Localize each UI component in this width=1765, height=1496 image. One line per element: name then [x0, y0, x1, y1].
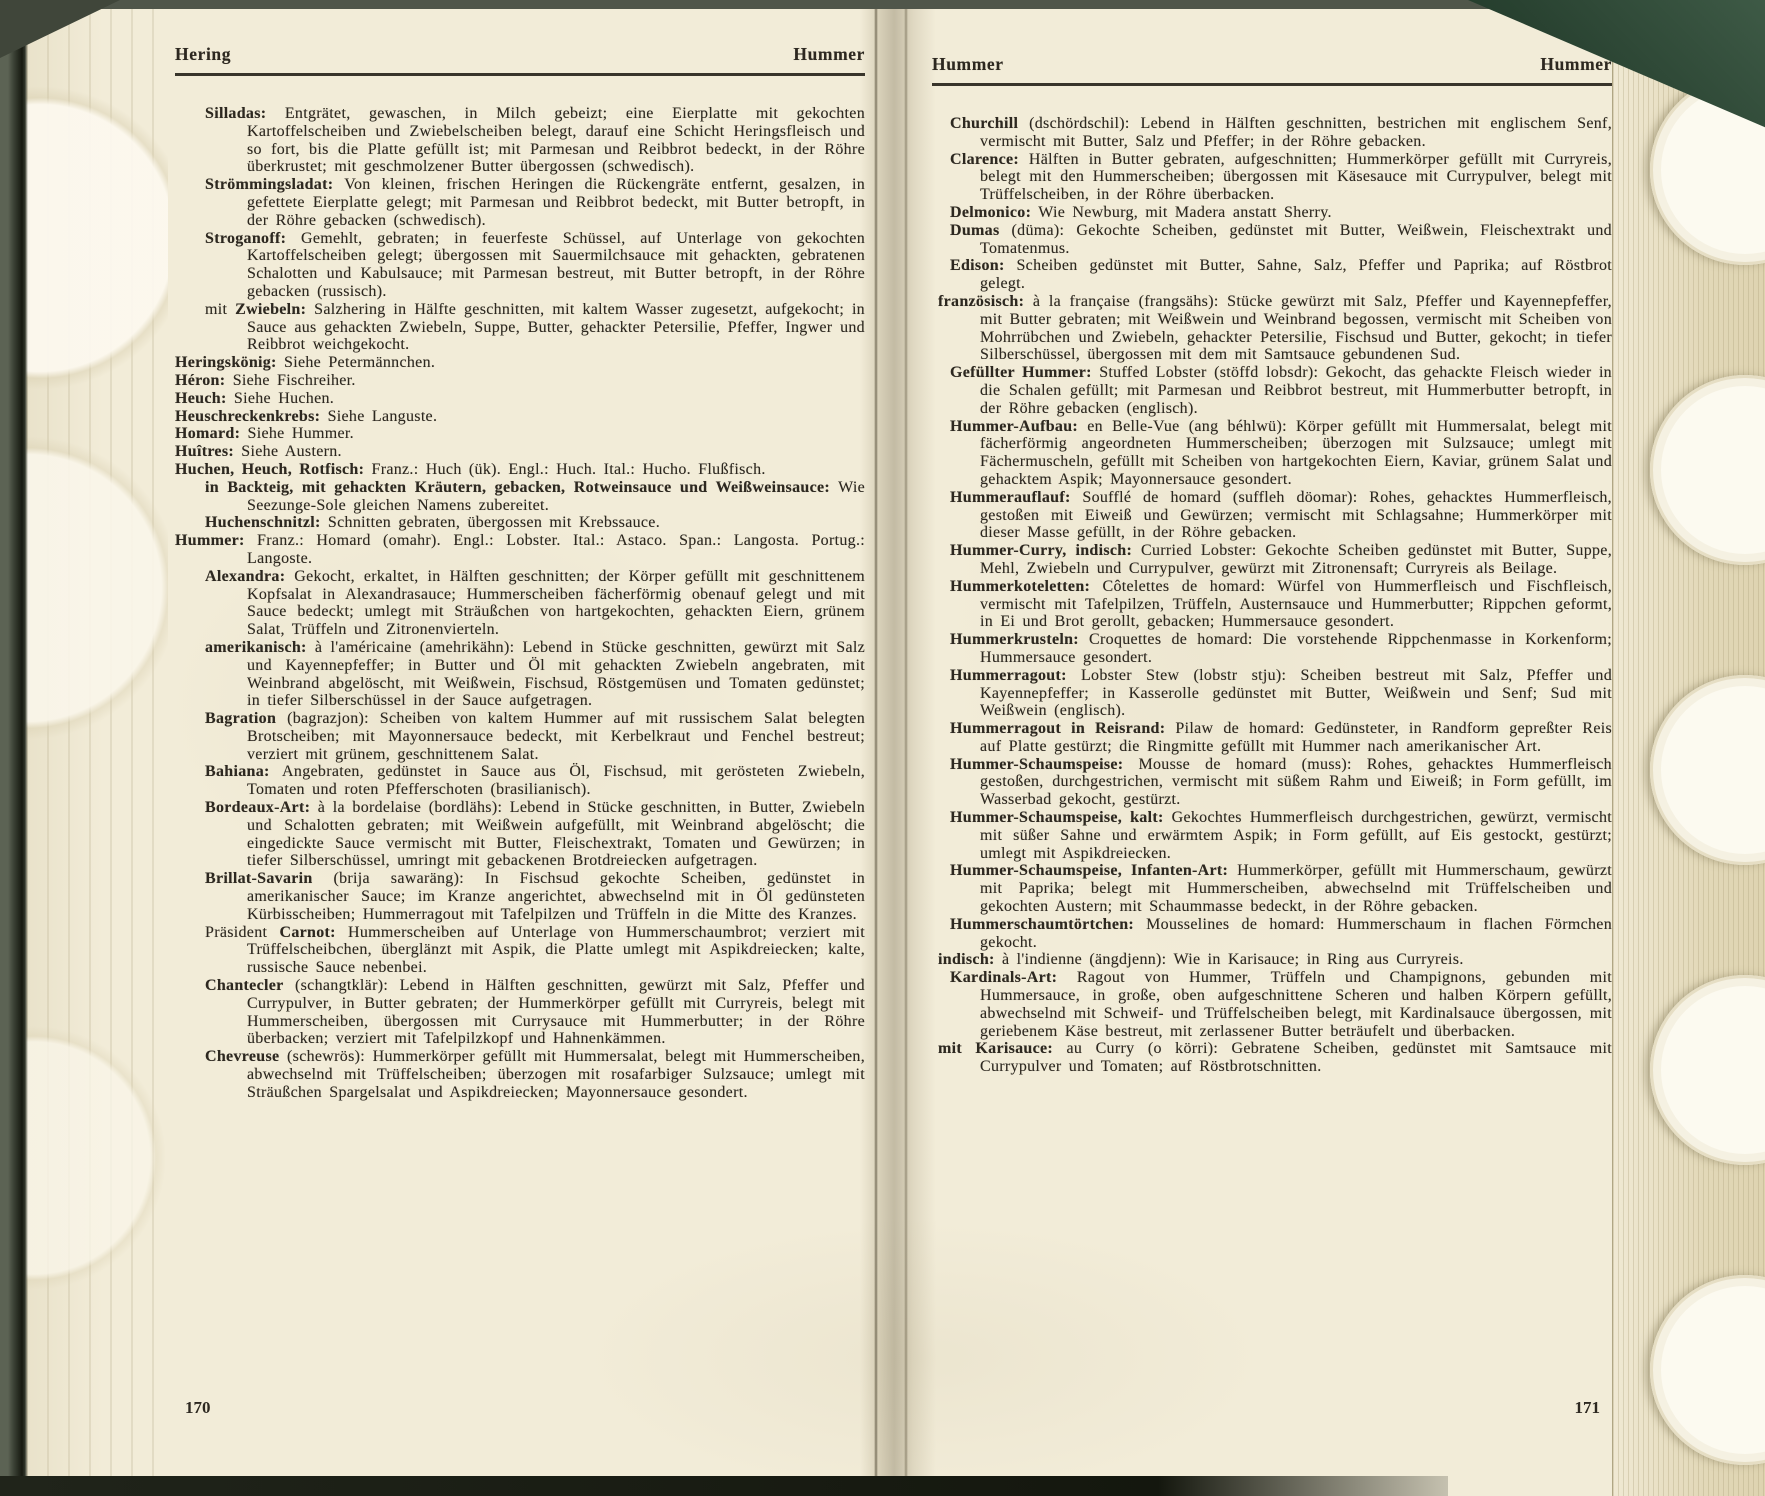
running-head-right: Hummer — [793, 44, 865, 64]
entry-term: Hummer-Schaumspeise: — [950, 756, 1123, 773]
entry-term: Kardinals-Art: — [950, 969, 1057, 986]
entry-pre-text: mit — [205, 301, 235, 318]
entry-term: Hummerkrusteln: — [950, 631, 1079, 648]
dictionary-entry: Hummerragout in Reisrand: Pilaw de homar… — [932, 720, 1612, 756]
entry-term: Heuschreckenkrebs: — [175, 408, 320, 425]
dictionary-entry: Silladas: Entgrätet, gewaschen, in Milch… — [175, 105, 865, 176]
entry-text: Siehe Petermännchen. — [277, 354, 435, 371]
entry-term: Hummer-Schaumspeise, kalt: — [950, 809, 1164, 826]
entry-term: Gefüllter Hummer: — [950, 364, 1092, 381]
scan-bottom-bar — [0, 1476, 1448, 1496]
entry-text: (bagrazjon): Scheiben von kaltem Hummer … — [247, 710, 865, 763]
entry-text: à la française (frangsähs): Stücke gewür… — [980, 293, 1612, 363]
dictionary-entry: Hummer-Aufbau: en Belle-Vue (ang béhlwü)… — [932, 418, 1612, 489]
dictionary-entry: Edison: Scheiben gedünstet mit Butter, S… — [932, 257, 1612, 293]
entry-term: Heringskönig: — [175, 354, 277, 371]
dictionary-entry: Hummer: Franz.: Homard (omahr). Engl.: L… — [175, 532, 865, 568]
entry-term: französisch: — [938, 293, 1024, 310]
entry-text: Gekocht, erkaltet, in Hälften geschnitte… — [247, 568, 865, 638]
entry-term: Zwiebeln: — [235, 301, 306, 318]
entry-text: Siehe Austern. — [234, 443, 342, 460]
dictionary-entry: Hummerkrusteln: Croquettes de homard: Di… — [932, 631, 1612, 667]
dictionary-entry: Präsident Carnot: Hummerscheiben auf Unt… — [175, 924, 865, 977]
dictionary-entry: mit Karisauce: au Curry (o körri): Gebra… — [932, 1040, 1612, 1076]
entry-text: Soufflé de homard (suffleh döomar): Rohe… — [980, 489, 1612, 542]
entry-term: Dumas — [950, 222, 1000, 239]
running-head-left: Hummer — [932, 54, 1004, 74]
dictionary-entry: Gefüllter Hummer: Stuffed Lobster (stöff… — [932, 364, 1612, 417]
left-page-header: Hering Hummer — [175, 44, 865, 64]
entry-text: Ragout von Hummer, Trüffeln und Champign… — [980, 969, 1612, 1039]
entry-text: Hummerscheiben auf Unterlage von Hummers… — [247, 924, 865, 977]
scanned-book-spread: Hering Hummer Silladas: Entgrätet, gewas… — [0, 0, 1765, 1496]
entry-term: Hummer: — [175, 532, 245, 549]
entry-term: mit Karisauce: — [938, 1040, 1053, 1057]
dictionary-entry: Heringskönig: Siehe Petermännchen. — [175, 354, 865, 372]
entry-text: à l'américaine (amehrikähn): Lebend in S… — [247, 639, 865, 709]
dictionary-entry: indisch: à l'indienne (ängdjenn): Wie in… — [932, 951, 1612, 969]
dictionary-entry: Brillat-Savarin (brija sawaräng): In Fis… — [175, 870, 865, 923]
entry-text: Gemehlt, gebraten; in feuerfeste Schüsse… — [247, 230, 865, 300]
dictionary-entry: amerikanisch: à l'américaine (amehrikähn… — [175, 639, 865, 710]
entry-term: Stroganoff: — [205, 230, 286, 247]
entries-list-right: Churchill (dschördschil): Lebend in Hälf… — [932, 115, 1612, 1076]
entry-term: Strömmingsladat: — [205, 176, 333, 193]
dictionary-entry: Bagration (bagrazjon): Scheiben von kalt… — [175, 710, 865, 763]
left-page: Hering Hummer Silladas: Entgrätet, gewas… — [175, 44, 865, 1102]
entry-term: Churchill — [950, 115, 1018, 132]
entry-text: Siehe Fischreiher. — [225, 372, 355, 389]
dictionary-entry: Clarence: Hälften in Butter gebraten, au… — [932, 151, 1612, 204]
entry-text: Entgrätet, gewaschen, in Milch gebeizt; … — [247, 105, 865, 175]
entry-term: Silladas: — [205, 105, 266, 122]
dictionary-entry: Hummerauflauf: Soufflé de homard (suffle… — [932, 489, 1612, 542]
dictionary-entry: Hummerragout: Lobster Stew (lobstr stju)… — [932, 667, 1612, 720]
dictionary-entry: Heuschreckenkrebs: Siehe Languste. — [175, 408, 865, 426]
dictionary-entry: Bordeaux-Art: à la bordelaise (bordlähs)… — [175, 799, 865, 870]
entry-term: Bahiana: — [205, 763, 270, 780]
entry-term: Hummerschaumtörtchen: — [950, 916, 1134, 933]
dictionary-entry: Hummerkoteletten: Côtelettes de homard: … — [932, 578, 1612, 631]
dictionary-entry: Churchill (dschördschil): Lebend in Hälf… — [932, 115, 1612, 151]
entry-term: Brillat-Savarin — [205, 870, 313, 887]
dictionary-entry: Chevreuse (schewrös): Hummerkörper gefül… — [175, 1048, 865, 1101]
page-number-left: 170 — [185, 1398, 211, 1418]
entry-pre-text: Präsident — [205, 924, 279, 941]
entry-text: Siehe Languste. — [320, 408, 437, 425]
dictionary-entry: Stroganoff: Gemehlt, gebraten; in feuerf… — [175, 230, 865, 301]
dictionary-entry: Delmonico: Wie Newburg, mit Madera ansta… — [932, 204, 1612, 222]
dictionary-entry: Hummer-Schaumspeise, Infanten-Art: Humme… — [932, 862, 1612, 915]
dictionary-entry: Heuch: Siehe Huchen. — [175, 390, 865, 408]
entry-text: Scheiben gedünstet mit Butter, Sahne, Sa… — [980, 257, 1612, 292]
entry-term: Hummer-Schaumspeise, Infanten-Art: — [950, 862, 1228, 879]
entry-term: Hummerragout in Reisrand: — [950, 720, 1165, 737]
page-edges-left — [26, 8, 168, 1496]
dictionary-entry: Huchenschnitzl: Schnitten gebraten, über… — [175, 514, 865, 532]
entry-term: Hummerragout: — [950, 667, 1067, 684]
dictionary-entry: in Backteig, mit gehackten Kräutern, geb… — [175, 479, 865, 515]
binding-gutter — [860, 0, 936, 1496]
entry-text: (dschördschil): Lebend in Hälften geschn… — [980, 115, 1612, 150]
dictionary-entry: französisch: à la française (frangsähs):… — [932, 293, 1612, 364]
entry-text: (brija sawaräng): In Fischsud gekochte S… — [247, 870, 865, 923]
entry-term: Bagration — [205, 710, 276, 727]
dictionary-entry: Homard: Siehe Hummer. — [175, 425, 865, 443]
entry-term: Alexandra: — [205, 568, 285, 585]
dictionary-entry: Hummer-Curry, indisch: Curried Lobster: … — [932, 542, 1612, 578]
entry-term: Huîtres: — [175, 443, 234, 460]
entry-term: Delmonico: — [950, 204, 1031, 221]
entry-text: Schnitten gebraten, übergossen mit Krebs… — [321, 514, 660, 531]
dictionary-entry: mit Zwiebeln: Salzhering in Hälfte gesch… — [175, 301, 865, 354]
entry-term: Huchen, Heuch, Rotfisch: — [175, 461, 364, 478]
dictionary-entry: Alexandra: Gekocht, erkaltet, in Hälften… — [175, 568, 865, 639]
entry-text: (schangtklär): Lebend in Hälften geschni… — [247, 977, 865, 1047]
entry-text: Siehe Hummer. — [240, 425, 354, 442]
entry-text: Von kleinen, frischen Heringen die Rücke… — [247, 176, 865, 229]
entry-term: amerikanisch: — [205, 639, 307, 656]
entry-term: Heuch: — [175, 390, 227, 407]
page-number-right: 171 — [1575, 1398, 1601, 1418]
entry-term: Clarence: — [950, 151, 1019, 168]
dictionary-entry: Strömmingsladat: Von kleinen, frischen H… — [175, 176, 865, 229]
entry-term: Hummer-Aufbau: — [950, 418, 1078, 435]
entry-text: (düma): Gekochte Scheiben, gedünstet mit… — [980, 222, 1612, 257]
entry-term: Hummerkoteletten: — [950, 578, 1090, 595]
entry-term: Huchenschnitzl: — [205, 514, 321, 531]
dictionary-entry: Hummer-Schaumspeise: Mousse de homard (m… — [932, 756, 1612, 809]
dictionary-entry: Huchen, Heuch, Rotfisch: Franz.: Huch (ü… — [175, 461, 865, 479]
entry-text: Salzhering in Hälfte geschnitten, mit ka… — [247, 301, 865, 354]
entry-text: Lobster Stew (lobstr stju): Scheiben bes… — [980, 667, 1612, 720]
entry-text: Siehe Huchen. — [227, 390, 335, 407]
dictionary-entry: Huîtres: Siehe Austern. — [175, 443, 865, 461]
entry-term: Chantecler — [205, 977, 284, 994]
header-rule — [932, 83, 1612, 86]
entry-term: Hummerauflauf: — [950, 489, 1071, 506]
entry-text: Wie Newburg, mit Madera anstatt Sherry. — [1031, 204, 1332, 221]
entry-text: à la bordelaise (bordlähs): Lebend in St… — [247, 799, 865, 869]
dictionary-entry: Chantecler (schangtklär): Lebend in Hälf… — [175, 977, 865, 1048]
entry-term: Héron: — [175, 372, 225, 389]
entry-term: Bordeaux-Art: — [205, 799, 310, 816]
right-page: Hummer Hummer Churchill (dschördschil): … — [932, 54, 1612, 1076]
dictionary-entry: Héron: Siehe Fischreiher. — [175, 372, 865, 390]
entry-term: Chevreuse — [205, 1048, 279, 1065]
dictionary-entry: Hummer-Schaumspeise, kalt: Gekochtes Hum… — [932, 809, 1612, 862]
entry-text: à l'indienne (ängdjenn): Wie in Karisauc… — [995, 951, 1464, 968]
dictionary-entry: Bahiana: Angebraten, gedünstet in Sauce … — [175, 763, 865, 799]
entry-text: Angebraten, gedünstet in Sauce aus Öl, F… — [247, 763, 865, 798]
scan-left-edge — [0, 0, 28, 1496]
running-head-left: Hering — [175, 44, 231, 64]
dictionary-entry: Dumas (düma): Gekochte Scheiben, gedünst… — [932, 222, 1612, 258]
scan-top-edge — [0, 0, 1500, 9]
entry-term: indisch: — [938, 951, 995, 968]
entry-text: Franz.: Homard (omahr). Engl.: Lobster. … — [245, 532, 865, 567]
entry-text: Franz.: Huch (ük). Engl.: Huch. Ital.: H… — [364, 461, 765, 478]
header-rule — [175, 73, 865, 76]
dictionary-entry: Kardinals-Art: Ragout von Hummer, Trüffe… — [932, 969, 1612, 1040]
entry-text: au Curry (o körri): Gebratene Scheiben, … — [980, 1040, 1612, 1075]
entry-term: Homard: — [175, 425, 240, 442]
entries-list-left: Silladas: Entgrätet, gewaschen, in Milch… — [175, 105, 865, 1102]
entry-term: Hummer-Curry, indisch: — [950, 542, 1132, 559]
entry-term: Edison: — [950, 257, 1005, 274]
entry-text: Hälften in Butter gebraten, aufgeschnitt… — [980, 151, 1612, 204]
dictionary-entry: Hummerschaumtörtchen: Mousselines de hom… — [932, 916, 1612, 952]
right-page-header: Hummer Hummer — [932, 54, 1612, 74]
entry-term: Carnot: — [279, 924, 335, 941]
entry-text: (schewrös): Hummerkörper gefüllt mit Hum… — [247, 1048, 865, 1101]
entry-term: in Backteig, mit gehackten Kräutern, geb… — [205, 479, 830, 496]
